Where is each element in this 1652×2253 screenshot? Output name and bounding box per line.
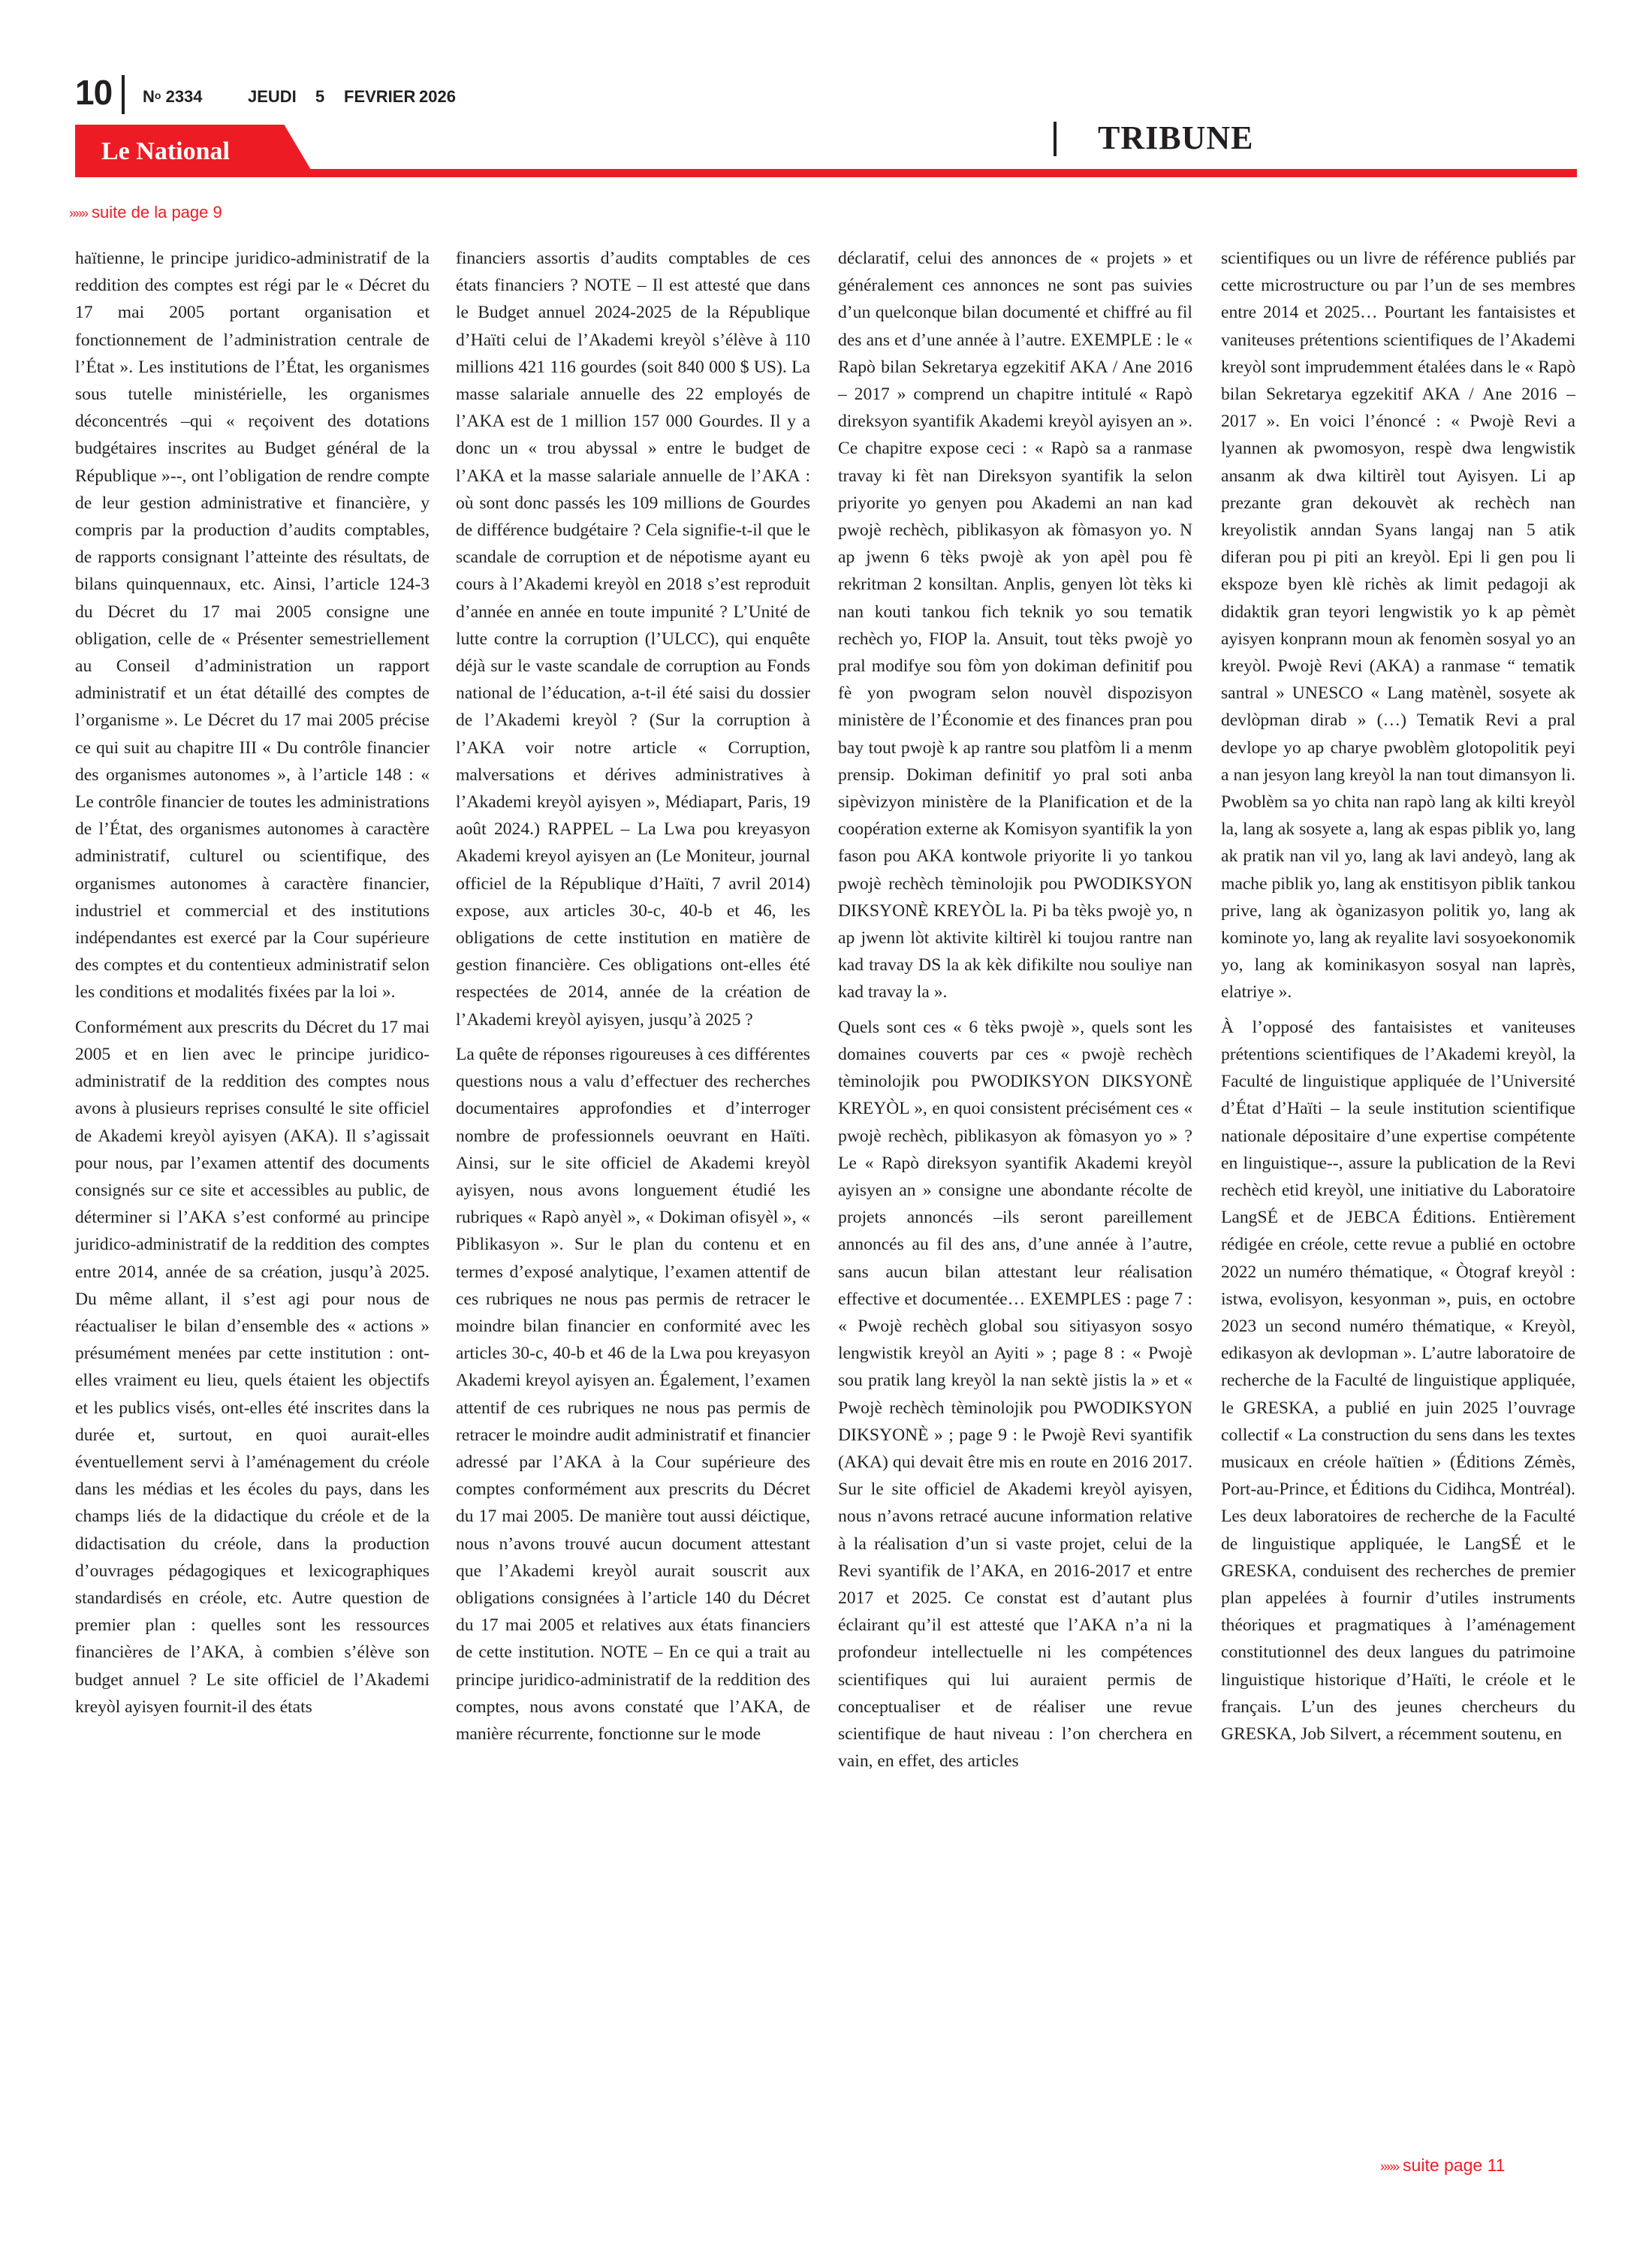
issue-meta: No 2334 JEUDI 5 FEVRIER 2026 [143, 87, 479, 107]
issue-number-superscript: o [155, 89, 161, 101]
continued-from-link[interactable]: »»»suite de la page 9 [69, 203, 222, 222]
issue-date: 5 [315, 87, 344, 107]
continued-to-link[interactable]: »»»suite page 11 [1380, 2155, 1505, 2176]
continuation-arrows-icon: »»» [1380, 2159, 1398, 2174]
article-column-2: financiers assortis d’audits comptables … [456, 245, 810, 1755]
article-column-3: déclaratif, celui des annonces de « proj… [838, 245, 1192, 1782]
issue-number-value: 2334 [166, 87, 203, 107]
paragraph: À l’opposé des fantaisistes et vaniteuse… [1221, 1014, 1575, 1748]
paragraph: La quête de réponses rigoureuses à ces d… [456, 1041, 810, 1748]
section-title: TRIBUNE [1098, 120, 1254, 156]
article-column-1: haïtienne, le principe juridico-administ… [75, 245, 430, 1728]
paragraph: haïtienne, le principe juridico-administ… [75, 245, 430, 1006]
paragraph: déclaratif, celui des annonces de « proj… [838, 245, 1192, 1006]
paragraph: Quels sont ces « 6 tèks pwojè », quels s… [838, 1014, 1192, 1775]
article-column-4: scientifiques ou un livre de référence p… [1221, 245, 1575, 1755]
continued-to-text: suite page 11 [1403, 2155, 1505, 2175]
continued-from-text: suite de la page 9 [92, 203, 222, 222]
issue-day: JEUDI [248, 87, 315, 107]
masthead: 10 No 2334 JEUDI 5 FEVRIER 2026 Le Natio… [0, 0, 1652, 180]
issue-year: 2026 [419, 87, 479, 107]
paragraph: scientifiques ou un livre de référence p… [1221, 245, 1575, 1006]
paragraph: Conformément aux prescrits du Décret du … [75, 1014, 430, 1721]
brand-logo-text: Le National [101, 137, 230, 167]
header-red-rule [75, 169, 1577, 177]
continuation-arrows-icon: »»» [69, 206, 87, 221]
page-number-divider [122, 75, 125, 114]
issue-number: No 2334 [143, 87, 248, 107]
section-divider [1054, 122, 1057, 156]
issue-number-prefix: N [143, 87, 155, 107]
page-number: 10 [75, 74, 112, 111]
issue-month: FEVRIER [344, 87, 419, 107]
paragraph: financiers assortis d’audits comptables … [456, 245, 810, 1033]
